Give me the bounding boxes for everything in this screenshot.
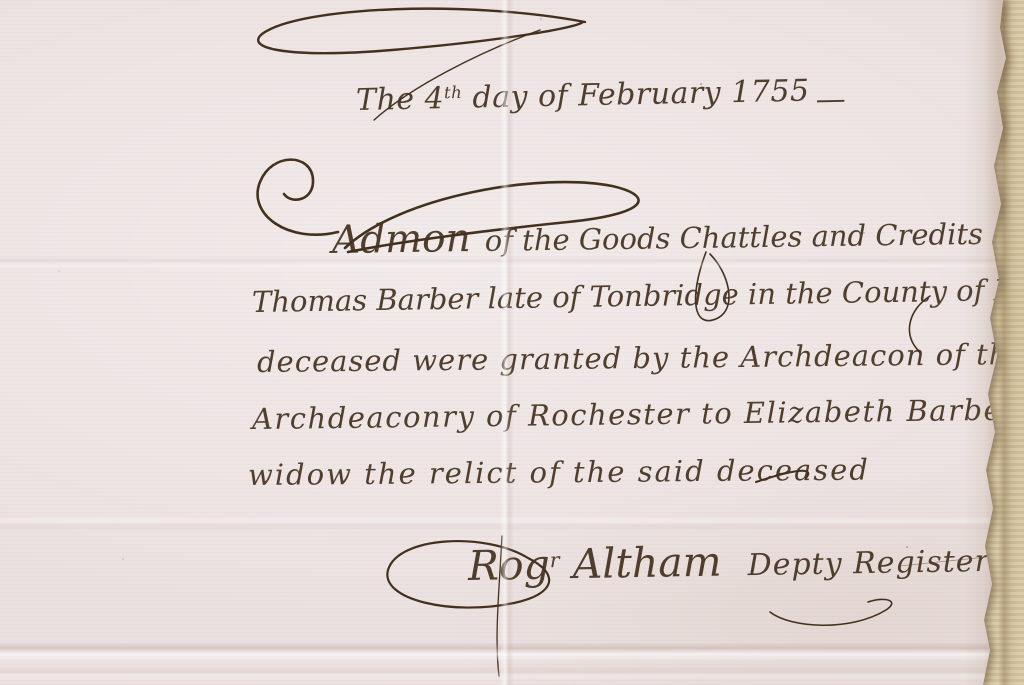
- date-line: The 4th day of February 1755—: [356, 76, 847, 116]
- body-line-3: Archdeaconry of Rochester to Elizabeth B…: [252, 396, 1018, 434]
- date-dash: —: [815, 85, 846, 116]
- opening-rest: of the Goods Chattles and Credits of: [485, 216, 1021, 257]
- signature-name-rest: Altham: [559, 538, 722, 589]
- body-line-1: Thomas Barber late of Tonbridge in the C…: [252, 275, 1024, 317]
- flourish-admon-spiral: [258, 160, 338, 235]
- manuscript-photo: The 4th day of February 1755— Admonof th…: [0, 0, 1024, 685]
- flourish-the-swash: [258, 9, 585, 53]
- signature-underline-swash: [770, 599, 892, 625]
- paper-shadow: The 4th day of February 1755— Admonof th…: [0, 0, 1024, 685]
- opening-word: Admon: [332, 216, 471, 263]
- signature-name-ordinal: r: [550, 548, 560, 572]
- date-rest: day of February 1755: [462, 74, 810, 116]
- signature-name: Rogr Altham: [468, 542, 722, 587]
- signature-line: Rogr Altham Depty Register: [468, 537, 990, 587]
- opening-line: Admonof the Goods Chattles and Credits o…: [332, 211, 1021, 260]
- body-line-4: widow the relict of the said deceased: [248, 456, 870, 490]
- date-text: The 4: [356, 81, 445, 118]
- body-line-2: deceased were granted by the Archdeacon …: [257, 340, 1024, 377]
- manuscript-paper: The 4th day of February 1755— Admonof th…: [0, 0, 1024, 685]
- signature-name-prefix: Rog: [468, 541, 551, 590]
- signature-title: Depty Register: [747, 547, 990, 581]
- date-ordinal: th: [444, 83, 463, 102]
- ink-specks: [0, 0, 2, 2]
